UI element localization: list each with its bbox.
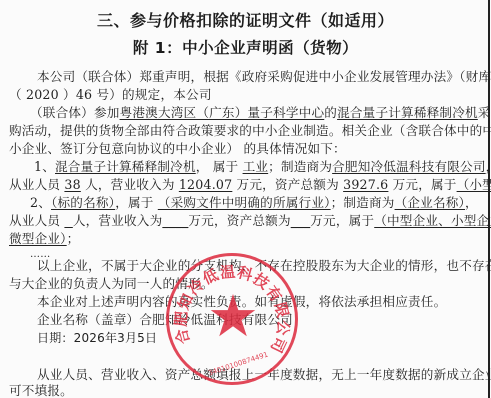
text: 人，营业收入为 xyxy=(85,177,175,192)
company-seal: 合肥知冷低温科技有限公司 ★ 3401010087​4491 xyxy=(166,253,298,385)
document-page: 三、参与价格扣除的证明文件（如适用） 附 1：中小企业声明函（货物） 本公司（联… xyxy=(0,0,491,398)
paragraph-1-line-1: 本公司（联合体）郑重声明，根据《政府采购促进中小企业发展管理办法》（财库 xyxy=(37,68,485,86)
paragraph-1-line-5: 小企业、签订分包意向协议的中小企业） 的具体情况如下： xyxy=(9,140,484,158)
text: 人，营业收入为 xyxy=(73,213,163,228)
item-name: （标的名称） xyxy=(51,195,115,210)
star-icon: ★ xyxy=(205,288,261,344)
project-name: 混合量子计算稀释制冷机 xyxy=(337,105,478,120)
manufacturer: 合肥知冷低温科技有限公司 xyxy=(332,159,486,174)
signature-label: 企业名称（盖章） xyxy=(37,312,139,327)
total-assets: 3927.6 xyxy=(343,177,388,192)
text: 从业人员 xyxy=(9,177,60,192)
text: ， xyxy=(486,159,491,174)
date-value: 2026年3月5日 xyxy=(74,331,158,345)
text: 从业人员 xyxy=(9,213,60,228)
purchaser-name: 粤港澳大湾区（广东）量子科学中心 xyxy=(120,105,325,120)
item-1-line-2: 从业人员 38 人，营业收入为 1204.07 万元，资产总额为 3927.6 … xyxy=(9,176,484,194)
text: 万元，属于 xyxy=(393,177,457,192)
text: 万元，资产总额为 xyxy=(188,213,290,228)
item-index: 2、 xyxy=(30,195,51,210)
item-2-line-1: 2、（标的名称），属于 （采购文件中明确的所属行业）；制造商为（企业名称）， xyxy=(30,194,491,212)
note-line-2: 可不填报。 xyxy=(9,382,484,398)
text: 万元，资产总额为 xyxy=(237,177,339,192)
appendix-title: 附 1：中小企业声明函（货物） xyxy=(0,36,491,58)
text: 万元，属于 xyxy=(310,213,374,228)
text: 的 xyxy=(324,105,337,120)
industry: 工业 xyxy=(243,159,269,174)
revenue: ____ xyxy=(162,213,188,228)
manufacturer: （企业名称） xyxy=(395,195,465,210)
item-2-line-2: 从业人员 人，营业收入为____万元，资产总额为___万元，属于（中型企业、小型… xyxy=(9,212,484,230)
text: ； xyxy=(67,231,80,246)
total-assets: ___ xyxy=(291,213,311,228)
paragraph-1-line-3: （联合体）参加粤港澳大湾区（广东）量子科学中心的混合量子计算稀释制冷机采 xyxy=(30,104,491,122)
staff-count: 38 xyxy=(64,177,80,192)
paragraph-1-line-2: （ 2020 ）46 号）的规定，本公司 xyxy=(9,86,484,104)
enterprise-scale: （中型企业、小型企业、 xyxy=(374,213,491,228)
item-1-line-1: 1、混合量子计算稀释制冷机， 属于 工业；制造商为合肥知冷低温科技有限公司， xyxy=(34,158,491,176)
text: ， xyxy=(465,195,478,210)
revenue: 1204.07 xyxy=(179,177,232,192)
section-title: 三、参与价格扣除的证明文件（如适用） xyxy=(0,8,491,31)
paragraph-1-line-4: 购活动，提供的货物全部由符合政策要求的中小企业制造。相关企业（含联合体中的中 xyxy=(9,122,484,140)
enterprise-scale-cont: 微型企业） xyxy=(9,231,67,246)
enterprise-scale: （小型企业） xyxy=(457,177,491,192)
date-label: 日期： xyxy=(37,331,74,345)
text: ；制造商为 xyxy=(331,195,395,210)
text: （联合体）参加 xyxy=(30,105,120,120)
text: ；制造商为 xyxy=(268,159,332,174)
item-name: 混合量子计算稀释制冷机 xyxy=(55,159,196,174)
text: 采 xyxy=(478,105,491,120)
staff-count xyxy=(64,213,72,228)
industry: （采购文件中明确的所属行业） xyxy=(158,195,331,210)
text: ，属于 xyxy=(115,195,153,210)
text: ， 属于 xyxy=(196,159,239,174)
item-index: 1、 xyxy=(34,159,55,174)
